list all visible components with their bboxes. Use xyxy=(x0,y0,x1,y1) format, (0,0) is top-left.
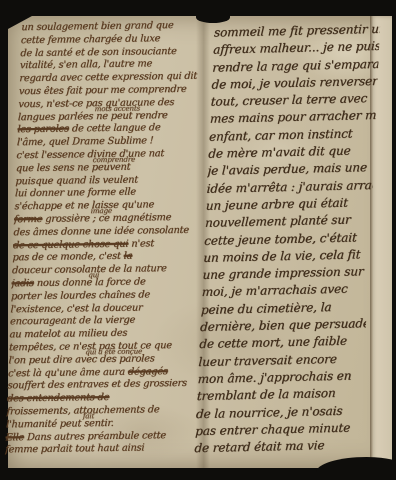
line-text: de cette langue de xyxy=(72,123,161,135)
line-text: souffert des entraves et des grossiers xyxy=(7,378,187,392)
scan-background: un soulagement bien grand quecette femme… xyxy=(0,0,396,480)
interline-insertion: image xyxy=(91,207,113,214)
line-text: encourageant de la vierge xyxy=(10,315,136,328)
line-text: mon âme. j'approchais en xyxy=(197,369,351,387)
right-page-column: sommeil me fit pressentir unaffreux malh… xyxy=(194,21,381,463)
interline-insertion: qui xyxy=(88,271,99,278)
line-text: pas entrer chaque minute xyxy=(195,420,351,438)
line-text: cette jeune tombe, c'était xyxy=(204,230,357,247)
interline-insertion: mots accents xyxy=(94,104,140,112)
struck-text: jadis xyxy=(11,278,34,289)
line-text: un moins de la vie, cela fit xyxy=(203,247,361,265)
struck-text: des entendements de xyxy=(7,392,110,404)
struck-text: de ce quelque chose qui xyxy=(13,238,129,251)
line-text: lueur traversait encore xyxy=(198,352,337,369)
line-text: n'est xyxy=(131,238,154,249)
manuscript-line: femme parlait tout haut ainsi xyxy=(5,442,187,457)
struck-text: forme xyxy=(14,214,43,225)
line-text: langues parlées ne peut rendre xyxy=(18,110,168,123)
line-text: l'existence, c'est la douceur xyxy=(10,302,142,315)
line-text: de moi, je voulais renverser xyxy=(211,74,378,92)
line-text: porter les lourdes chaînes de xyxy=(11,289,150,302)
line-text: de retard était ma vie xyxy=(194,438,325,455)
line-text: femme parlait tout haut ainsi xyxy=(5,443,145,456)
interline-insertion: fait xyxy=(83,412,95,419)
line-text: moi, je m'arrachais avec xyxy=(201,282,348,299)
line-text: dernière, bien que persuadée xyxy=(200,316,377,334)
struck-text: la xyxy=(123,251,132,262)
line-text: vous êtes fait pour me comprendre xyxy=(19,84,187,97)
line-text: une grande impression sur xyxy=(202,264,364,282)
line-text: peine du cimetière, la xyxy=(201,300,332,317)
line-text: l'humanité peut sentir. xyxy=(6,418,114,431)
line-text: nouvellement planté sur xyxy=(205,213,351,230)
paper-notch-top xyxy=(196,12,230,23)
line-text: l'âme, quel Drame Sublime ! xyxy=(17,135,154,148)
line-text: des âmes donne une idée consolante xyxy=(13,225,189,238)
line-text: au matelot au milieu des xyxy=(9,328,127,341)
struck-text: dégagés xyxy=(128,366,168,378)
line-text: c'est l'essence divine d'une nat xyxy=(16,148,164,161)
line-text: de cette mort, une faible xyxy=(199,334,347,351)
line-text: vitalité, s'en alla, l'autre me xyxy=(20,59,153,72)
left-page-column: un soulagement bien grand quecette femme… xyxy=(5,20,204,465)
line-text: cette femme chargée du luxe xyxy=(21,33,161,46)
struck-text: Elle xyxy=(5,432,24,443)
line-text: puisque quand ils veulent xyxy=(15,174,138,187)
line-text: idée m'arrêta : j'aurais arraché xyxy=(206,177,380,195)
line-text: un jeune arbre qui était xyxy=(205,196,348,213)
line-text: sommeil me fit pressentir un xyxy=(214,22,381,40)
line-text: enfant, car mon instinct xyxy=(209,126,353,143)
line-text: tremblant de la maison xyxy=(197,386,336,403)
line-text: regarda avec cette expression qui dit xyxy=(19,71,197,84)
line-text: pas de ce monde, c'est xyxy=(12,251,121,264)
line-text: de mère m'avait dit que xyxy=(208,144,351,161)
line-text: c'est là qu'une âme aura xyxy=(8,366,125,379)
interline-insertion: qui a été conçue xyxy=(85,347,142,355)
line-text: de la nourrice, je n'osais xyxy=(196,403,343,420)
line-text: lui donner une forme elle xyxy=(15,187,136,200)
line-text: tout, creuser la terre avec xyxy=(210,91,367,109)
line-text: un soulagement bien grand que xyxy=(21,20,174,33)
line-text: je l'avais perdue, mais une xyxy=(207,161,367,179)
struck-text: les paroles xyxy=(17,124,69,136)
line-text: rendre la rage qui s'empara xyxy=(212,56,380,74)
line-text: Dans autres préambule cette xyxy=(27,430,166,443)
line-text: mes mains pour arracher mon xyxy=(210,108,381,126)
line-text: de la santé et de son insouciante xyxy=(20,46,177,59)
manuscript-line: de retard était ma vie xyxy=(194,437,361,458)
interline-insertion: comprendre xyxy=(92,155,135,163)
line-text: s'échappe et ne laisse qu'une xyxy=(14,199,154,212)
line-text: affreux malheur... je ne puis xyxy=(213,39,380,57)
